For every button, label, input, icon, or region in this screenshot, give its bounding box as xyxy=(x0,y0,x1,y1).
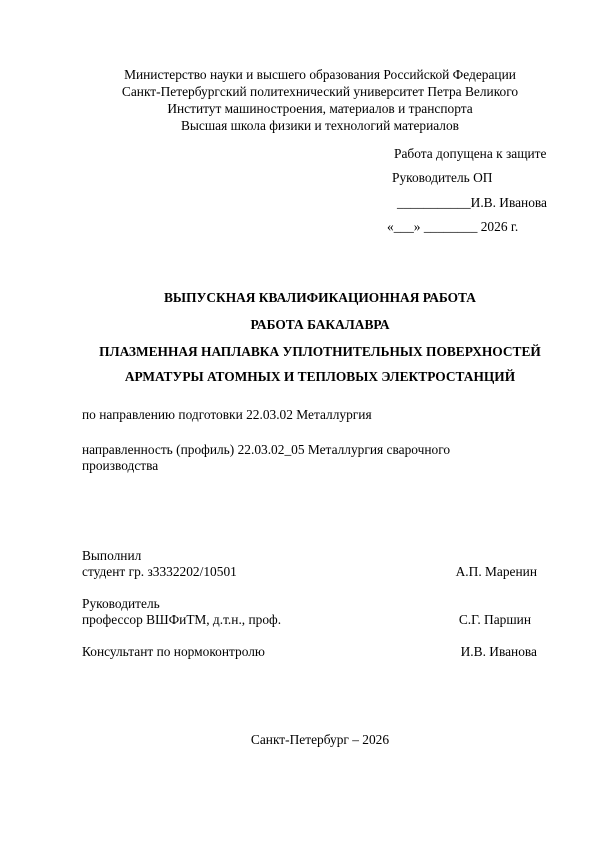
document-page: Министерство науки и высшего образования… xyxy=(0,0,595,842)
admitted-text: Работа допущена к защите xyxy=(394,146,546,162)
supervisor-label: Руководитель xyxy=(82,596,537,612)
study-direction: по направлению подготовки 22.03.02 Метал… xyxy=(82,407,372,423)
supervisor-signature: Руководитель профессор ВШФиТМ, д.т.н., п… xyxy=(82,596,537,628)
normcontrol-signature: Консультант по нормоконтролю И.В. Иванов… xyxy=(82,644,537,660)
study-profile: направленность (профиль) 22.03.02_05 Мет… xyxy=(82,442,450,474)
study-profile-line-1: направленность (профиль) 22.03.02_05 Мет… xyxy=(82,442,450,458)
supervisor-name: С.Г. Паршин xyxy=(459,612,531,628)
work-type-title: ВЫПУСКНАЯ КВАЛИФИКАЦИОННАЯ РАБОТА xyxy=(0,290,595,306)
study-direction-text: по направлению подготовки 22.03.02 Метал… xyxy=(82,407,372,423)
school-line: Высшая школа физики и технологий материа… xyxy=(0,117,595,134)
program-head-title: Руководитель ОП xyxy=(392,170,492,186)
university-line: Санкт-Петербургский политехнический унив… xyxy=(0,83,595,100)
thesis-topic-line-2: АРМАТУРЫ АТОМНЫХ И ТЕПЛОВЫХ ЭЛЕКТРОСТАНЦ… xyxy=(0,369,595,385)
degree-title: РАБОТА БАКАЛАВРА xyxy=(0,317,595,333)
ministry-line: Министерство науки и высшего образования… xyxy=(0,66,595,83)
study-profile-line-2: производства xyxy=(82,458,450,474)
city-year-footer: Санкт-Петербург – 2026 xyxy=(0,732,595,748)
performer-signature: Выполнил студент гр. з3332202/10501 А.П.… xyxy=(82,548,537,580)
institute-line: Институт машиностроения, материалов и тр… xyxy=(0,100,595,117)
normcontrol-name: И.В. Иванова xyxy=(461,644,537,660)
performer-name: А.П. Маренин xyxy=(456,564,537,580)
institution-header: Министерство науки и высшего образования… xyxy=(0,66,595,134)
thesis-topic-line-1: ПЛАЗМЕННАЯ НАПЛАВКА УПЛОТНИТЕЛЬНЫХ ПОВЕР… xyxy=(0,344,595,360)
head-signature-line: ___________И.В. Иванова xyxy=(397,195,547,211)
approval-date-line: «___» ________ 2026 г. xyxy=(387,219,518,235)
performer-label: Выполнил xyxy=(82,548,537,564)
